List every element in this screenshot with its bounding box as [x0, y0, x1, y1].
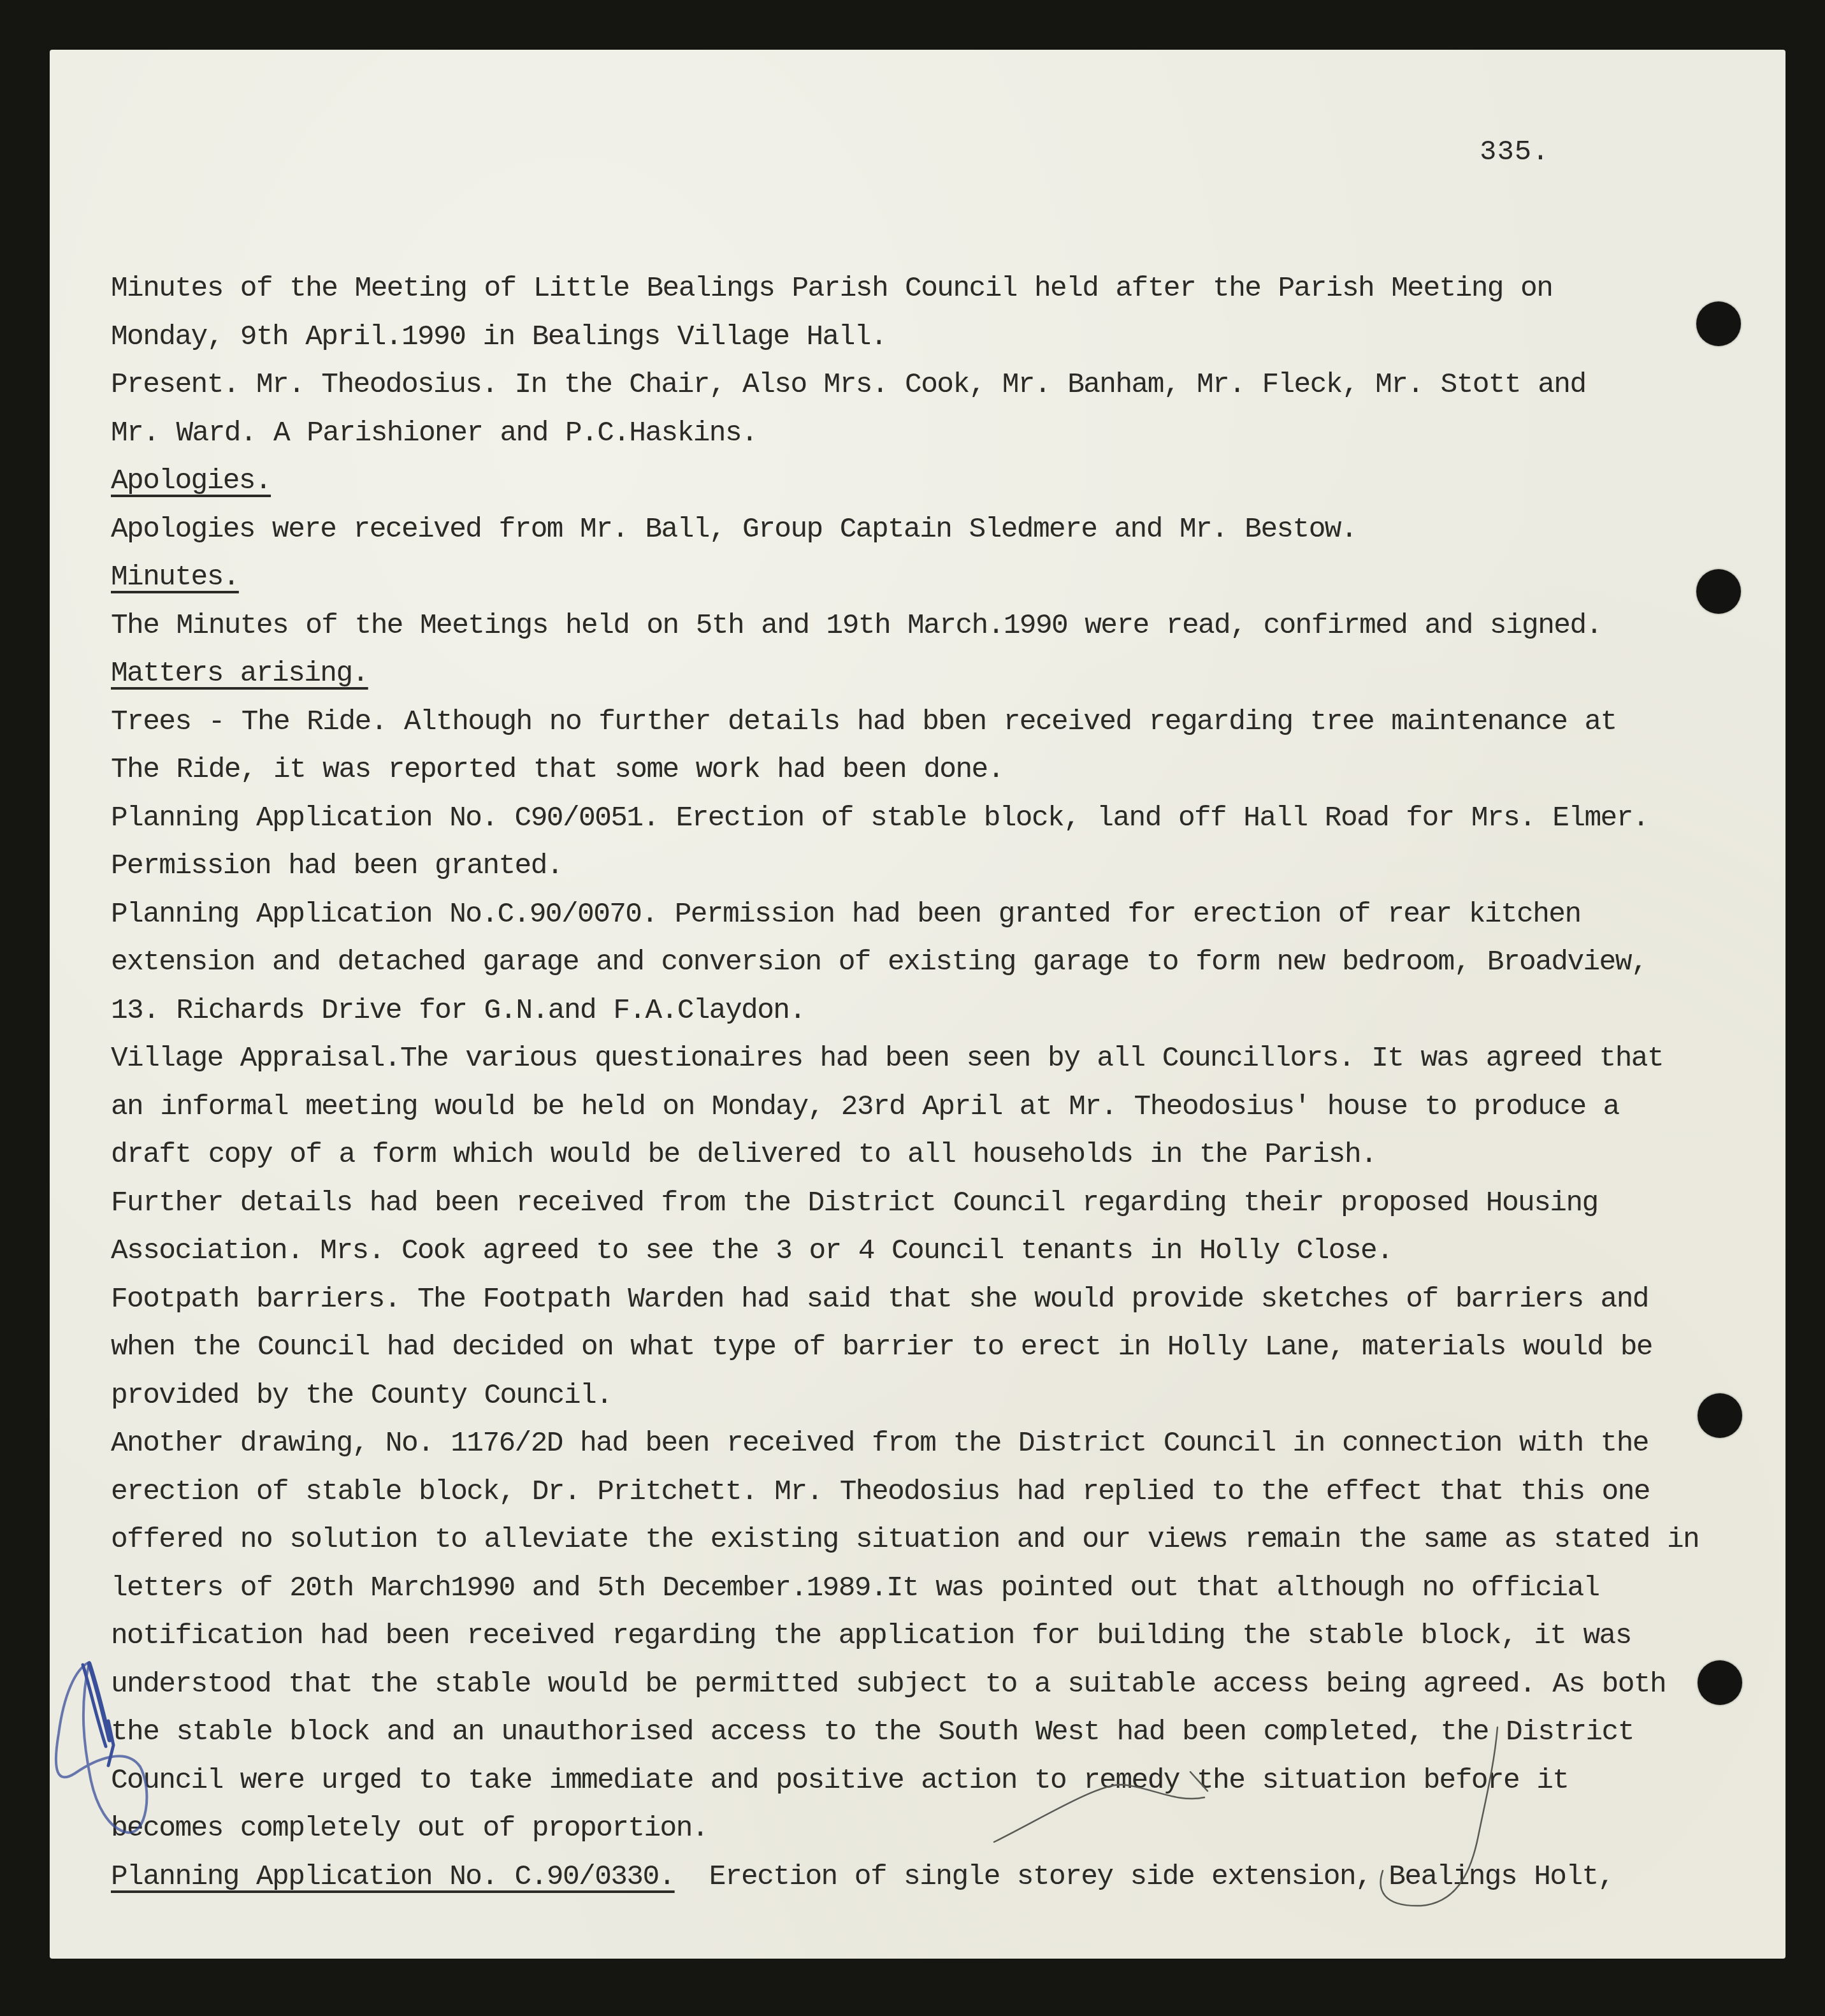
line-text: notification had been received regarding… [111, 1620, 1631, 1652]
line-text: Erection of single storey side extension… [675, 1861, 1614, 1893]
line-text: Another drawing, No. 1176/2D had been re… [111, 1428, 1648, 1460]
text-line: Planning Application No.C.90/0070. Permi… [111, 891, 1729, 939]
text-line: provided by the County Council. [111, 1372, 1729, 1421]
line-text: erection of stable block, Dr. Pritchett.… [111, 1476, 1650, 1508]
text-line: offered no solution to alleviate the exi… [111, 1516, 1729, 1565]
text-line: 13. Richards Drive for G.N.and F.A.Clayd… [111, 987, 1729, 1036]
text-line: when the Council had decided on what typ… [111, 1324, 1729, 1372]
line-text: Further details had been received from t… [111, 1187, 1598, 1219]
text-line: the stable block and an unauthorised acc… [111, 1709, 1729, 1757]
line-text: offered no solution to alleviate the exi… [111, 1524, 1699, 1556]
line-text: Minutes of the Meeting of Little Bealing… [111, 273, 1552, 305]
line-text: The Ride, it was reported that some work… [111, 754, 1004, 786]
section-heading-matters-arising: Matters arising. [111, 650, 1729, 699]
section-heading-minutes: Minutes. [111, 554, 1729, 602]
line-text: Present. Mr. Theodosius. In the Chair, A… [111, 369, 1586, 401]
text-line: understood that the stable would be perm… [111, 1661, 1729, 1709]
line-text: Footpath barriers. The Footpath Warden h… [111, 1284, 1648, 1316]
line-text: Association. Mrs. Cook agreed to see the… [111, 1235, 1392, 1267]
text-line: erection of stable block, Dr. Pritchett.… [111, 1468, 1729, 1517]
heading-text: Minutes. [111, 562, 239, 593]
text-line: draft copy of a form which would be deli… [111, 1131, 1729, 1180]
line-text: when the Council had decided on what typ… [111, 1331, 1652, 1363]
line-text: Trees - The Ride. Although no further de… [111, 706, 1617, 738]
text-line: Association. Mrs. Cook agreed to see the… [111, 1228, 1729, 1276]
punch-hole-icon [1698, 1660, 1742, 1705]
text-line: Mr. Ward. A Parishioner and P.C.Haskins. [111, 410, 1729, 458]
text-line: Present. Mr. Theodosius. In the Chair, A… [111, 361, 1729, 410]
line-text: becomes completely out of proportion. [111, 1813, 708, 1845]
line-text: understood that the stable would be perm… [111, 1669, 1666, 1701]
punch-hole-icon [1696, 569, 1741, 614]
line-text: the stable block and an unauthorised acc… [111, 1716, 1634, 1748]
text-line: becomes completely out of proportion. [111, 1805, 1729, 1853]
text-line: Monday, 9th April.1990 in Bealings Villa… [111, 314, 1729, 362]
line-text: Apologies were received from Mr. Ball, G… [111, 514, 1357, 546]
text-line: Village Appraisal.The various questionai… [111, 1035, 1729, 1084]
text-line: Permission had been granted. [111, 843, 1729, 891]
text-line: an informal meeting would be held on Mon… [111, 1084, 1729, 1132]
text-line: Apologies were received from Mr. Ball, G… [111, 506, 1729, 555]
heading-text: Apologies. [111, 465, 271, 497]
text-line: Trees - The Ride. Although no further de… [111, 699, 1729, 747]
text-line: The Minutes of the Meetings held on 5th … [111, 602, 1729, 651]
section-heading-planning-application: Planning Application No. C.90/0330. Erec… [111, 1853, 1729, 1902]
line-text: Planning Application No.C.90/0070. Permi… [111, 899, 1581, 931]
line-text: Permission had been granted. [111, 850, 563, 882]
text-line: Another drawing, No. 1176/2D had been re… [111, 1420, 1729, 1468]
line-text: draft copy of a form which would be deli… [111, 1139, 1376, 1171]
text-line: Council were urged to take immediate and… [111, 1757, 1729, 1806]
line-text: an informal meeting would be held on Mon… [111, 1091, 1619, 1123]
text-line: letters of 20th March1990 and 5th Decemb… [111, 1565, 1729, 1613]
line-text: The Minutes of the Meetings held on 5th … [111, 610, 1602, 642]
line-text: Planning Application No. C90/0051. Erect… [111, 802, 1648, 834]
text-line: Minutes of the Meeting of Little Bealing… [111, 265, 1729, 314]
text-line: notification had been received regarding… [111, 1613, 1729, 1661]
line-text: Council were urged to take immediate and… [111, 1765, 1568, 1797]
heading-text: Planning Application No. C.90/0330. [111, 1861, 675, 1893]
text-line: Planning Application No. C90/0051. Erect… [111, 795, 1729, 843]
page-number: 335. [1480, 136, 1550, 168]
line-text: letters of 20th March1990 and 5th Decemb… [111, 1572, 1599, 1604]
section-heading-apologies: Apologies. [111, 458, 1729, 506]
line-text: 13. Richards Drive for G.N.and F.A.Clayd… [111, 995, 805, 1027]
text-line: The Ride, it was reported that some work… [111, 746, 1729, 795]
text-line: Footpath barriers. The Footpath Warden h… [111, 1276, 1729, 1324]
line-text: Monday, 9th April.1990 in Bealings Villa… [111, 321, 886, 353]
heading-text: Matters arising. [111, 658, 368, 690]
punch-hole-icon [1698, 1393, 1742, 1438]
text-line: extension and detached garage and conver… [111, 939, 1729, 987]
line-text: Mr. Ward. A Parishioner and P.C.Haskins. [111, 417, 757, 449]
line-text: provided by the County Council. [111, 1380, 612, 1412]
text-line: Further details had been received from t… [111, 1180, 1729, 1228]
line-text: extension and detached garage and conver… [111, 946, 1647, 978]
line-text: Village Appraisal.The various questionai… [111, 1043, 1663, 1075]
minutes-body: Minutes of the Meeting of Little Bealing… [111, 265, 1729, 1901]
punch-hole-icon [1696, 301, 1741, 346]
